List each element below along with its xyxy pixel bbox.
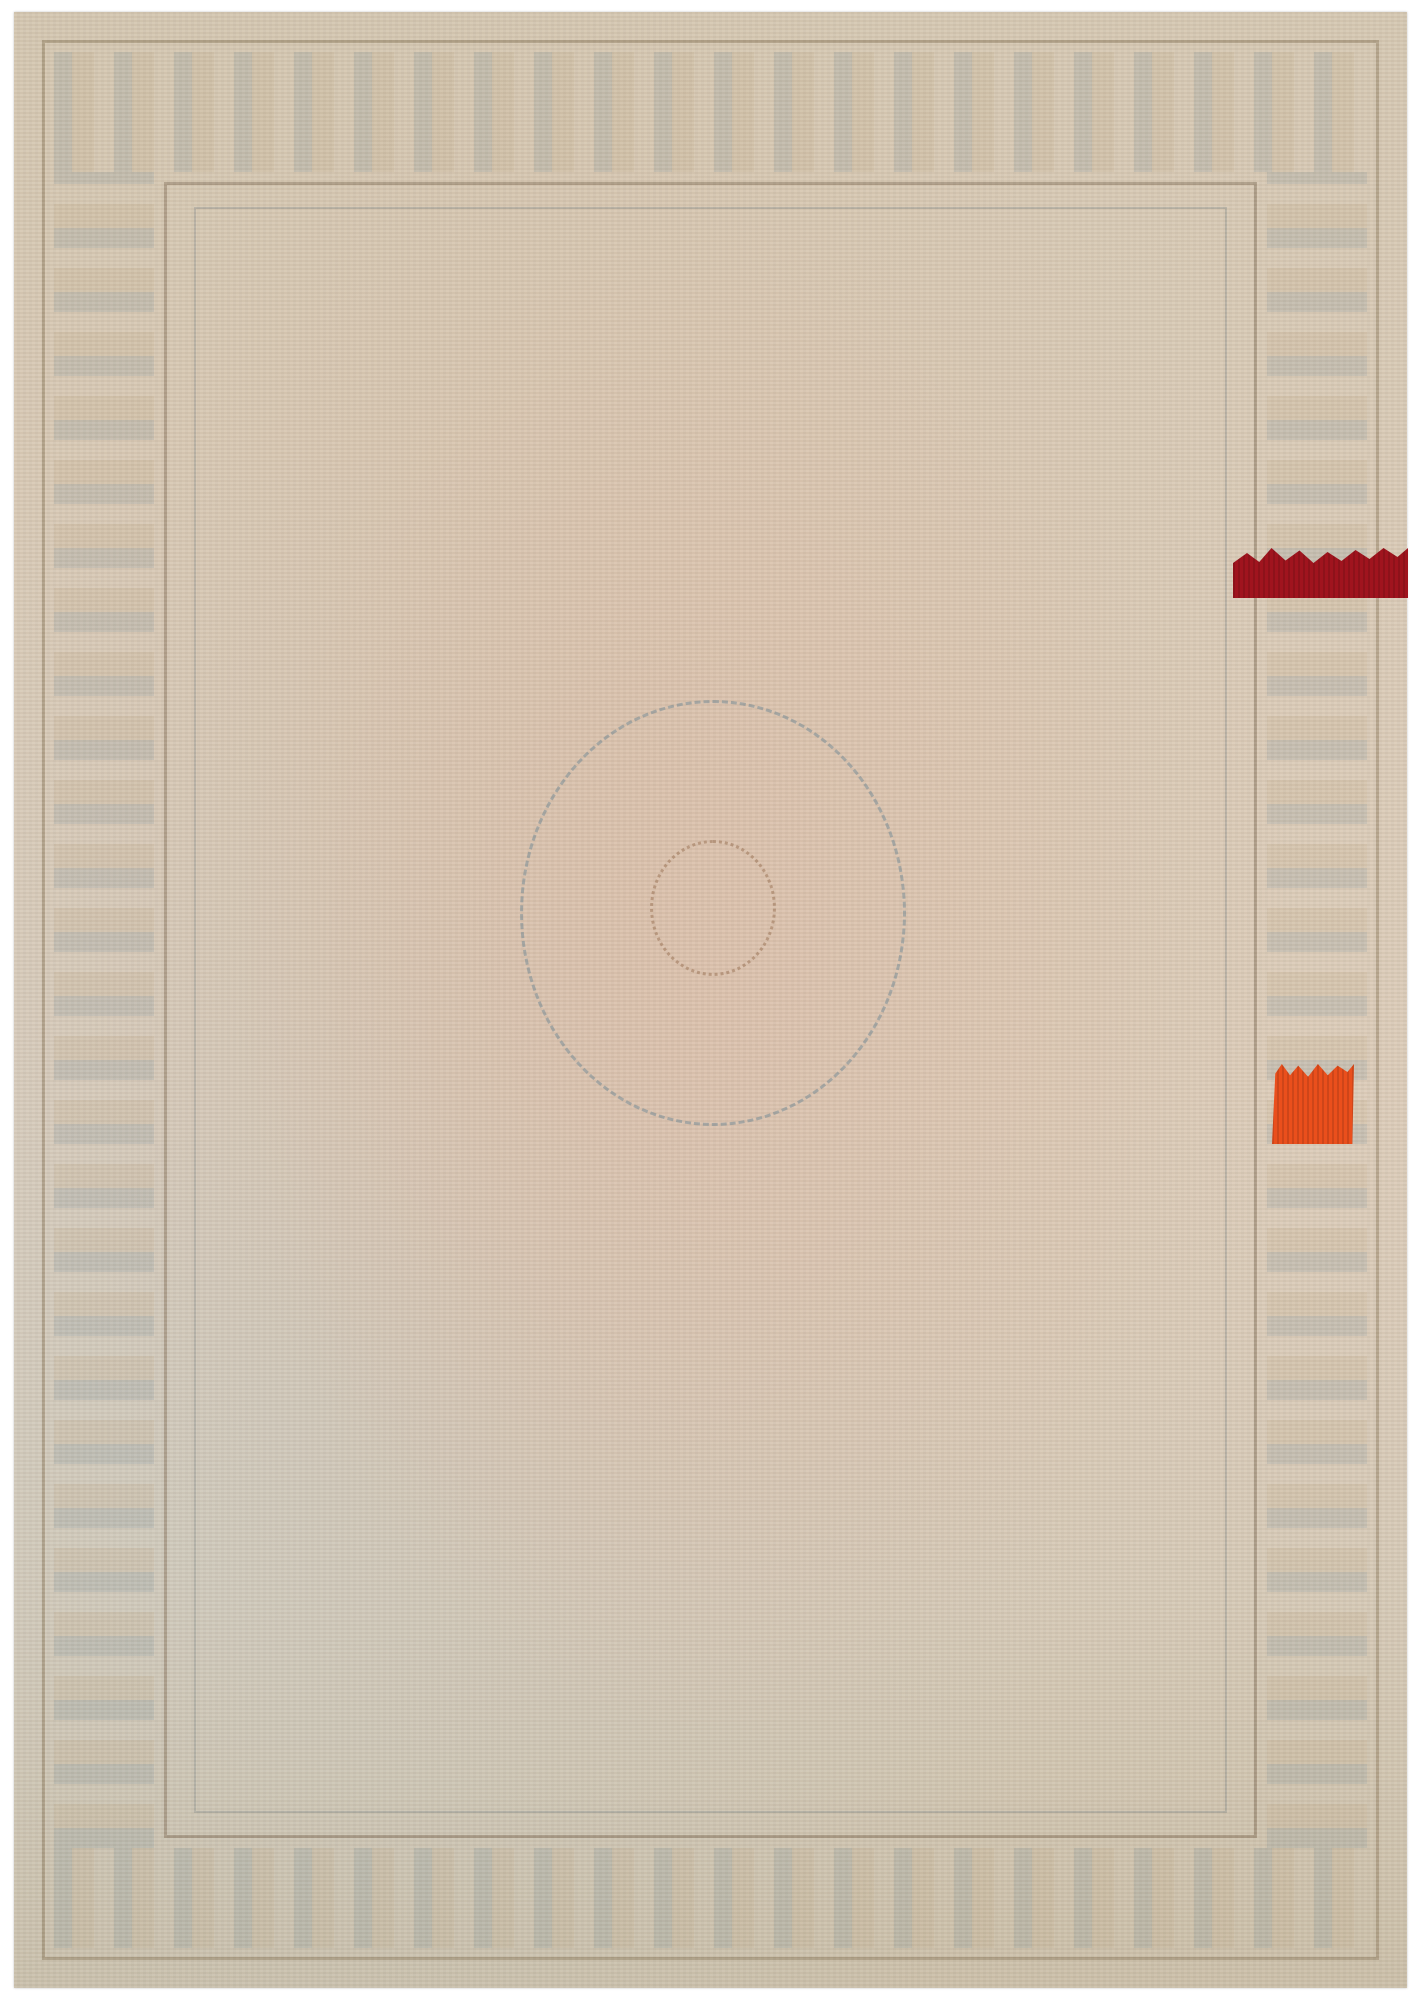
- orange-shag-patch: [1272, 1064, 1354, 1144]
- rug-medallion-center: [650, 840, 776, 976]
